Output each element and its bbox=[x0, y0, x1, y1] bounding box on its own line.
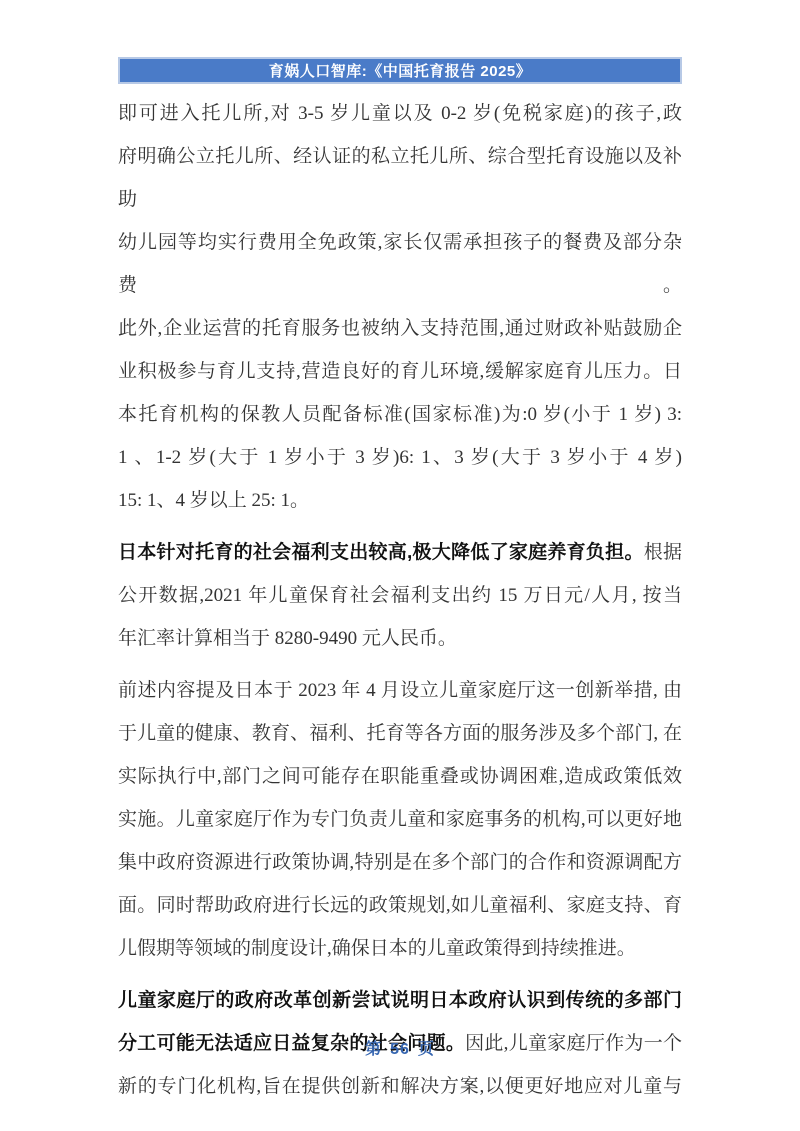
text-line: 新的专门化机构,旨在提供创新和解决方案,以便更好地应对儿童与 bbox=[118, 1065, 682, 1108]
text-line: 面。同时帮助政府进行长远的政策规划,如儿童福利、家庭支持、育 bbox=[118, 884, 682, 927]
header-banner: 育娲人口智库:《中国托育报告 2025》 bbox=[118, 57, 682, 84]
text-line: 1 、1-2 岁(大于 1 岁小于 3 岁)6: 1、3 岁(大于 3 岁小于 … bbox=[118, 436, 682, 479]
text-segment: 业积极参与育儿支持,营造良好的育儿环境,缓解家庭育儿压力。日 bbox=[118, 361, 682, 382]
text-segment: 面。同时帮助政府进行长远的政策规划,如儿童福利、家庭支持、育 bbox=[118, 895, 682, 916]
text-line: 日本针对托育的社会福利支出较高,极大降低了家庭养育负担。根据 bbox=[118, 531, 682, 574]
text-segment: 本托育机构的保教人员配备标准(国家标准)为:0 岁(小于 1 岁) 3: bbox=[118, 404, 682, 425]
text-line: 于儿童的健康、教育、福利、托育等各方面的服务涉及多个部门, 在 bbox=[118, 712, 682, 755]
text-segment: 15: 1、4 岁以上 25: 1。 bbox=[118, 490, 309, 511]
text-segment: 幼儿园等均实行费用全免政策,家长仅需承担孩子的餐费及部分杂费。 bbox=[118, 232, 682, 296]
text-segment: 于儿童的健康、教育、福利、托育等各方面的服务涉及多个部门, 在 bbox=[118, 723, 682, 744]
page-number-suffix: 页 bbox=[418, 1041, 435, 1058]
text-segment: 实际执行中,部门之间可能存在职能重叠或协调困难,造成政策低效 bbox=[118, 766, 682, 787]
text-line: 集中政府资源进行政策协调,特别是在多个部门的合作和资源调配方 bbox=[118, 841, 682, 884]
paragraph: 日本针对托育的社会福利支出较高,极大降低了家庭养育负担。根据公开数据,2021 … bbox=[118, 531, 682, 660]
text-line: 公开数据,2021 年儿童保育社会福利支出约 15 万日元/人月, 按当 bbox=[118, 574, 682, 617]
text-segment: 此外,企业运营的托育服务也被纳入支持范围,通过财政补贴鼓励企 bbox=[118, 318, 682, 339]
paragraph: 即可进入托儿所,对 3-5 岁儿童以及 0-2 岁(免税家庭)的孩子,政府明确公… bbox=[118, 92, 682, 522]
text-line: 前述内容提及日本于 2023 年 4 月设立儿童家庭厅这一创新举措, 由 bbox=[118, 669, 682, 712]
text-segment: 根据 bbox=[644, 542, 682, 563]
page-footer: 第56页 bbox=[0, 1036, 800, 1059]
document-page: 育娲人口智库:《中国托育报告 2025》 即可进入托儿所,对 3-5 岁儿童以及… bbox=[0, 0, 800, 1131]
document-body: 即可进入托儿所,对 3-5 岁儿童以及 0-2 岁(免税家庭)的孩子,政府明确公… bbox=[118, 92, 682, 1117]
text-line: 此外,企业运营的托育服务也被纳入支持范围,通过财政补贴鼓励企 bbox=[118, 307, 682, 350]
bold-text-segment: 儿童家庭厅的政府改革创新尝试说明日本政府认识到传统的多部门 bbox=[118, 990, 682, 1011]
text-segment: 前述内容提及日本于 2023 年 4 月设立儿童家庭厅这一创新举措, 由 bbox=[118, 680, 682, 701]
text-line: 幼儿园等均实行费用全免政策,家长仅需承担孩子的餐费及部分杂费。 bbox=[118, 221, 682, 307]
text-line: 实际执行中,部门之间可能存在职能重叠或协调困难,造成政策低效 bbox=[118, 755, 682, 798]
text-line: 年汇率计算相当于 8280-9490 元人民币。 bbox=[118, 617, 682, 660]
text-segment: 即可进入托儿所,对 3-5 岁儿童以及 0-2 岁(免税家庭)的孩子,政 bbox=[118, 103, 682, 124]
text-segment: 集中政府资源进行政策协调,特别是在多个部门的合作和资源调配方 bbox=[118, 852, 682, 873]
text-line: 儿假期等领域的制度设计,确保日本的儿童政策得到持续推进。 bbox=[118, 927, 682, 970]
paragraph: 前述内容提及日本于 2023 年 4 月设立儿童家庭厅这一创新举措, 由于儿童的… bbox=[118, 669, 682, 970]
text-line: 府明确公立托儿所、经认证的私立托儿所、综合型托育设施以及补助 bbox=[118, 135, 682, 221]
text-segment: 实施。儿童家庭厅作为专门负责儿童和家庭事务的机构,可以更好地 bbox=[118, 809, 682, 830]
text-segment: 儿假期等领域的制度设计,确保日本的儿童政策得到持续推进。 bbox=[118, 938, 636, 959]
text-segment: 府明确公立托儿所、经认证的私立托儿所、综合型托育设施以及补助 bbox=[118, 146, 682, 210]
text-line: 本托育机构的保教人员配备标准(国家标准)为:0 岁(小于 1 岁) 3: bbox=[118, 393, 682, 436]
page-number-prefix: 第 bbox=[365, 1041, 382, 1058]
text-line: 实施。儿童家庭厅作为专门负责儿童和家庭事务的机构,可以更好地 bbox=[118, 798, 682, 841]
text-segment: 新的专门化机构,旨在提供创新和解决方案,以便更好地应对儿童与 bbox=[118, 1076, 682, 1097]
text-line: 儿童家庭厅的政府改革创新尝试说明日本政府认识到传统的多部门 bbox=[118, 979, 682, 1022]
page-number: 56 bbox=[390, 1041, 410, 1058]
text-line: 15: 1、4 岁以上 25: 1。 bbox=[118, 479, 682, 522]
text-segment: 1 、1-2 岁(大于 1 岁小于 3 岁)6: 1、3 岁(大于 3 岁小于 … bbox=[118, 447, 682, 468]
text-line: 业积极参与育儿支持,营造良好的育儿环境,缓解家庭育儿压力。日 bbox=[118, 350, 682, 393]
text-segment: 公开数据,2021 年儿童保育社会福利支出约 15 万日元/人月, 按当 bbox=[118, 585, 682, 606]
header-title: 育娲人口智库:《中国托育报告 2025》 bbox=[269, 60, 532, 81]
text-line: 即可进入托儿所,对 3-5 岁儿童以及 0-2 岁(免税家庭)的孩子,政 bbox=[118, 92, 682, 135]
bold-text-segment: 日本针对托育的社会福利支出较高,极大降低了家庭养育负担。 bbox=[118, 542, 644, 563]
text-segment: 年汇率计算相当于 8280-9490 元人民币。 bbox=[118, 628, 457, 649]
